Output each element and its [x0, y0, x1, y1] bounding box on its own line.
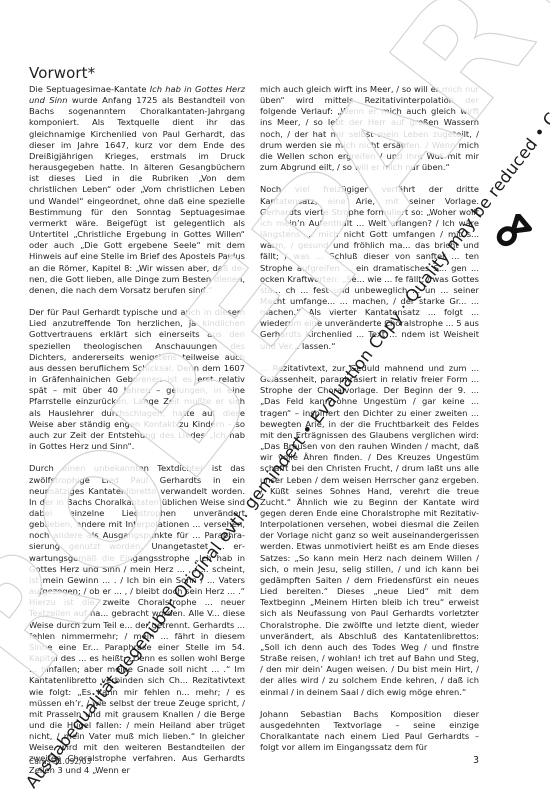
- carus-logo-icon: [493, 214, 533, 248]
- paragraph: Johann Sebastian Bachs Komposition diese…: [260, 709, 479, 754]
- paragraph-text: Die Septuagesimae-Kantate: [29, 84, 150, 94]
- left-column: Die Septuagesimae-Kantate Ich hab in Got…: [29, 84, 245, 776]
- paragraph-text: wurde Anfang 1725 als Bestandteil von Ba…: [29, 95, 245, 295]
- catalog-number: Carus 31.092/03: [29, 757, 91, 766]
- right-column: mich auch gleich wirft ins Meer, / so wi…: [260, 84, 479, 753]
- paragraph: mich auch gleich wirft ins Meer, / so wi…: [260, 84, 479, 173]
- paragraph: Durch einen unbekannten Textdichter ist …: [29, 463, 245, 775]
- page-title: Vorwort*: [29, 64, 95, 82]
- page-number: 3: [473, 755, 479, 766]
- paragraph: ... Rezitativtext, zur Geduld mahnend un…: [260, 363, 479, 698]
- paragraph: Der für Paul Gerhardt typische und auch …: [29, 307, 245, 452]
- paragraph: Noch viel freizügiger verfährt der dritt…: [260, 184, 479, 351]
- paragraph: Die Septuagesimae-Kantate Ich hab in Got…: [29, 84, 245, 296]
